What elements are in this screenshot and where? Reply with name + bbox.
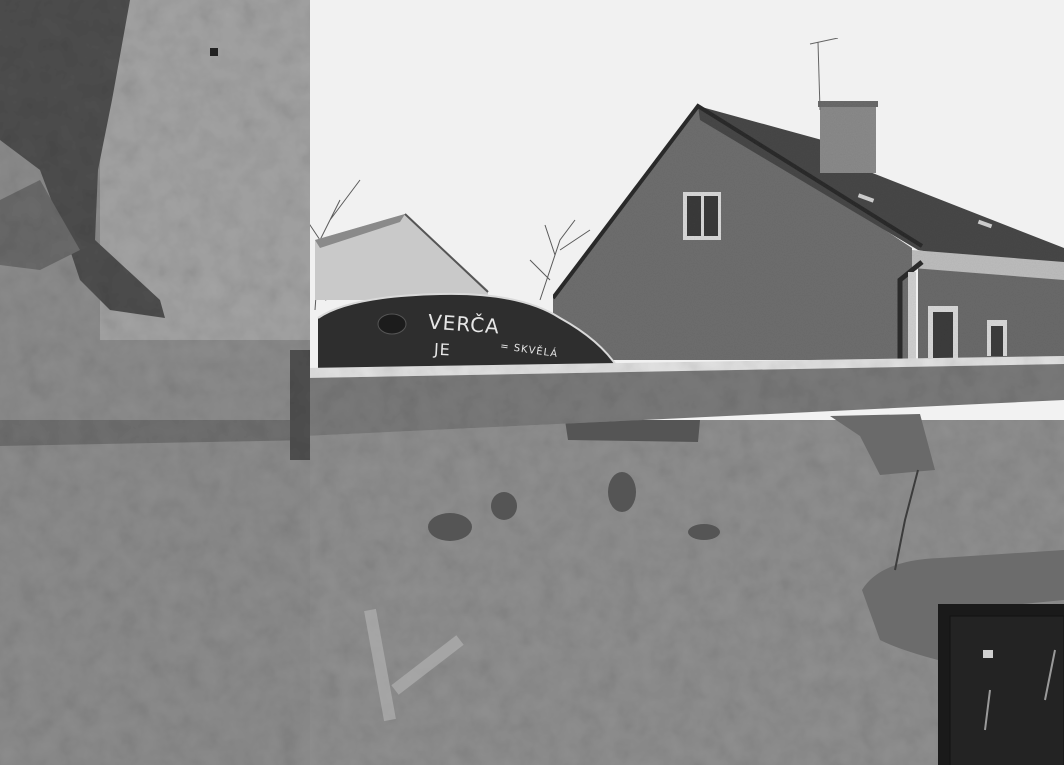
door	[938, 604, 1064, 771]
left-pillar	[0, 0, 310, 771]
photo-scene: VERČA JE = SKVĚLÁ	[0, 0, 1064, 771]
graffiti-line-1: VERČA	[427, 310, 500, 339]
photo-drawing	[0, 0, 1064, 771]
graffiti-line-2: JE	[434, 340, 452, 360]
